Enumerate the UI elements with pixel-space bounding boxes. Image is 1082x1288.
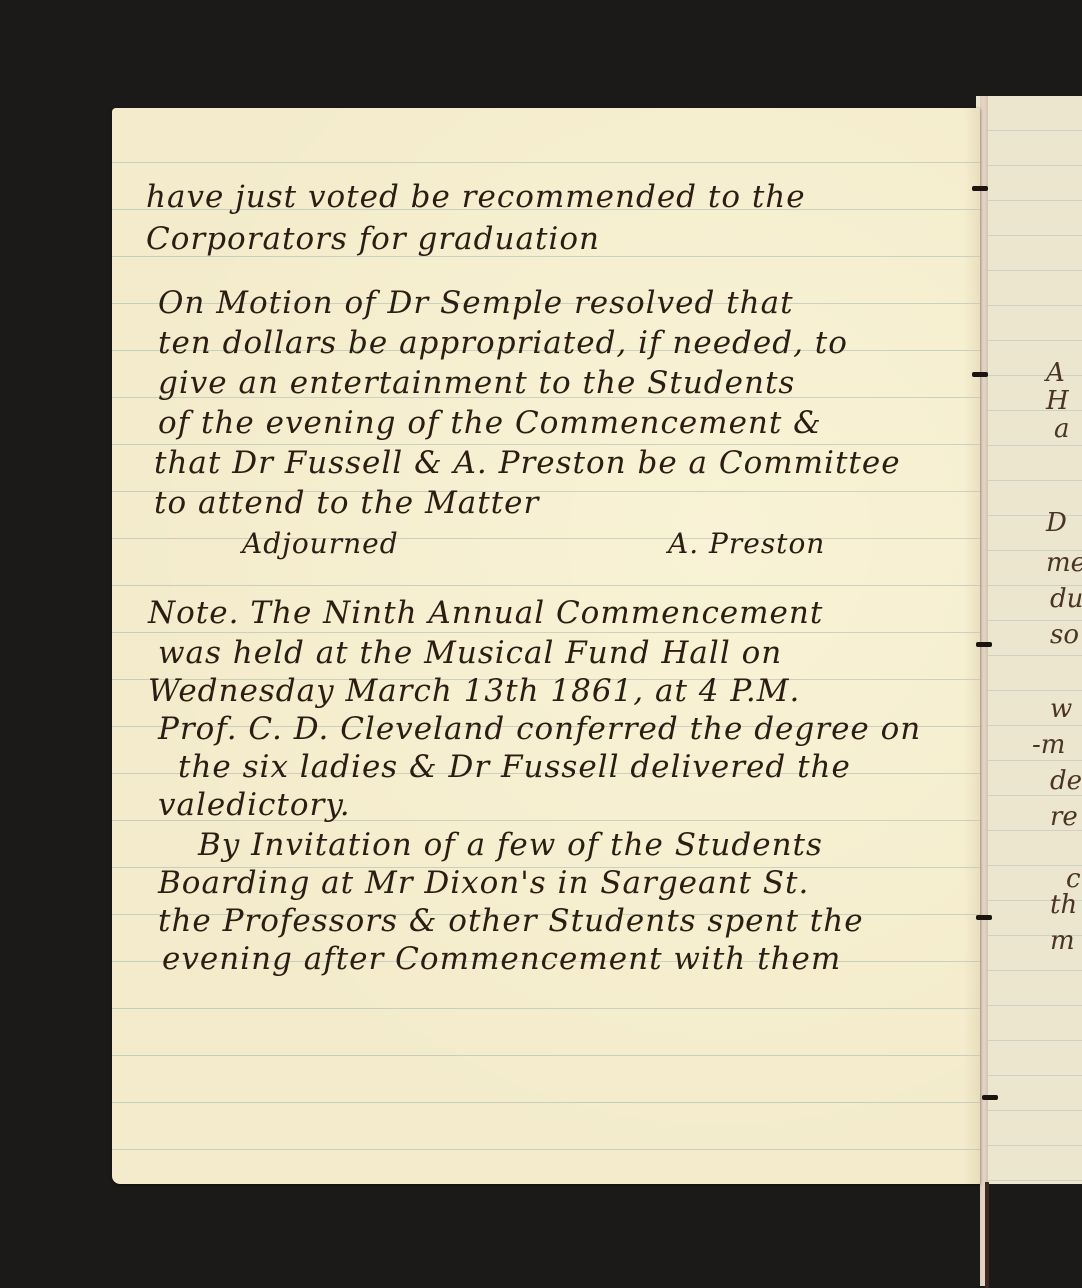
stitch-hole [972, 372, 988, 377]
text-line: the six ladies & Dr Fussell delivered th… [178, 752, 851, 783]
text-line: to attend to the Matter [154, 488, 539, 519]
book-gutter [980, 96, 988, 1286]
text-line: Corporators for graduation [146, 224, 600, 255]
text-line: Boarding at Mr Dixon's in Sargeant St. [158, 868, 809, 899]
facing-fragment: -m [1032, 730, 1065, 760]
facing-fragment: th [1050, 890, 1077, 920]
text-line: that Dr Fussell & A. Preston be a Commit… [154, 448, 901, 479]
text-line: evening after Commencement with them [162, 944, 841, 975]
facing-fragment: a [1054, 414, 1070, 444]
text-line: Prof. C. D. Cleveland conferred the degr… [158, 714, 921, 745]
stitch-hole [972, 186, 988, 191]
scanned-manuscript: A H a D me du so w -m de re c th m have … [0, 0, 1082, 1288]
text-line: of the evening of the Commencement & [158, 408, 822, 439]
text-line: On Motion of Dr Semple resolved that [158, 288, 794, 319]
stitch-hole [976, 915, 992, 920]
facing-fragment: m [1050, 926, 1075, 956]
binding-thread [985, 1182, 989, 1288]
facing-fragment: re [1050, 802, 1078, 832]
facing-fragment: w [1050, 694, 1072, 724]
text-line: By Invitation of a few of the Students [198, 830, 823, 861]
text-line: Note. The Ninth Annual Commencement [148, 598, 823, 629]
facing-fragment: me [1046, 548, 1082, 578]
text-line: give an entertainment to the Students [158, 368, 795, 399]
adjourned-text: Adjourned [242, 530, 399, 558]
text-line: ten dollars be appropriated, if needed, … [158, 328, 848, 359]
facing-page: A H a D me du so w -m de re c th m [976, 96, 1082, 1184]
stitch-hole [976, 642, 992, 647]
facing-fragment: A [1046, 358, 1065, 388]
secretary-signature: A. Preston [668, 530, 825, 558]
text-line: Wednesday March 13th 1861, at 4 P.M. [148, 676, 800, 707]
text-line: valedictory. [158, 790, 351, 821]
facing-fragment: du [1050, 584, 1082, 614]
facing-fragment: H [1046, 386, 1069, 416]
text-line: have just voted be recommended to the [146, 182, 806, 213]
text-line: was held at the Musical Fund Hall on [158, 638, 782, 669]
text-line: the Professors & other Students spent th… [158, 906, 864, 937]
facing-fragment: so [1050, 620, 1079, 650]
stitch-hole [982, 1095, 998, 1100]
facing-fragment: de [1050, 766, 1082, 796]
facing-fragment: D [1046, 508, 1067, 538]
